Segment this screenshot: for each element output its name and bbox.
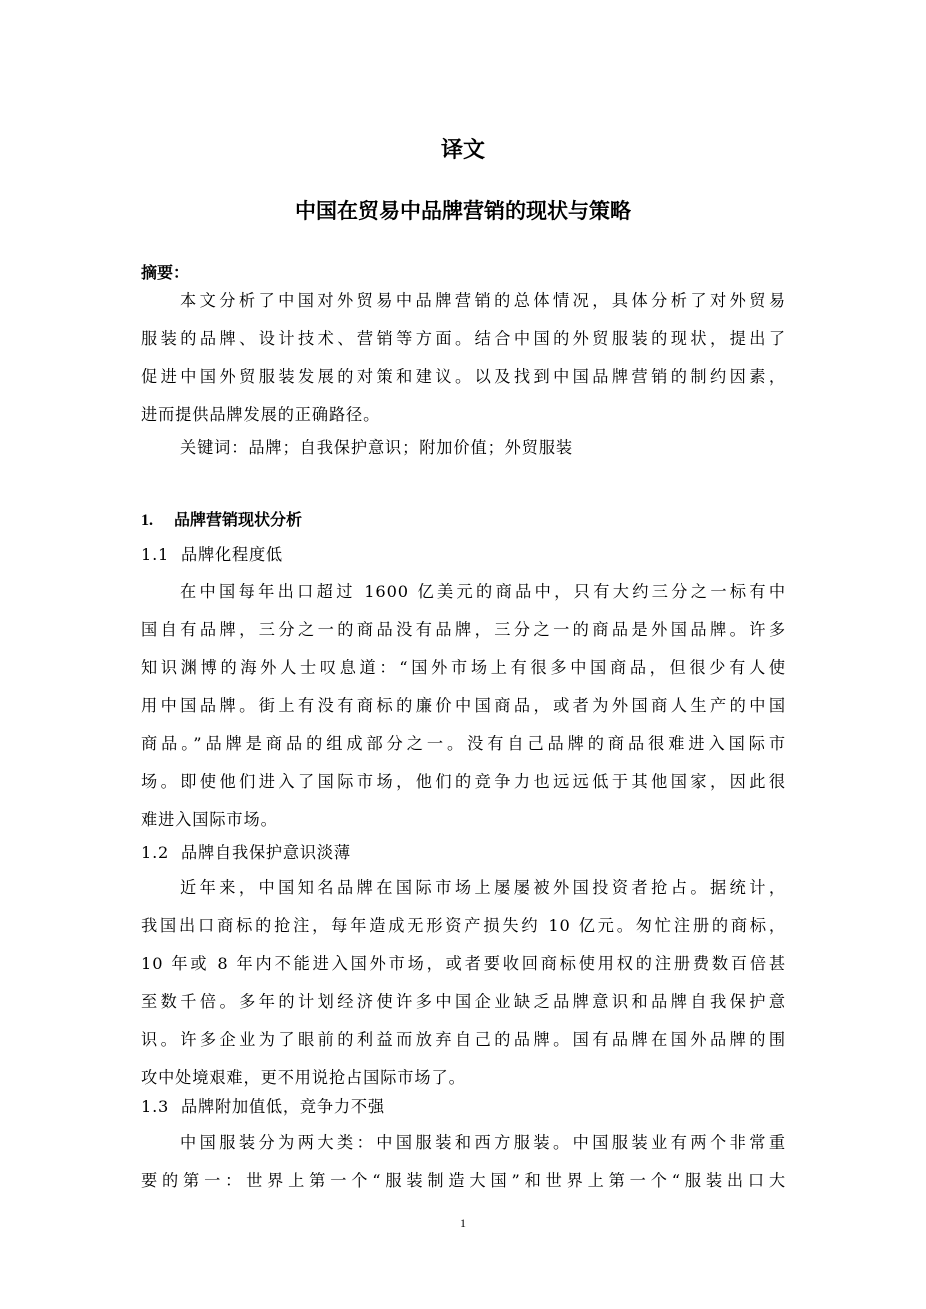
paragraph-line: 至数千倍。多年的计划经济使许多中国企业缺乏品牌意识和品牌自我保护意 — [141, 990, 786, 1014]
abstract-line: 促进中国外贸服装发展的对策和建议。以及找到中国品牌营销的制约因素， — [141, 365, 786, 389]
subsection-heading: 1.1品牌化程度低 — [141, 543, 283, 567]
paragraph-line: 国自有品牌，三分之一的商品没有品牌，三分之一的商品是外国品牌。许多 — [141, 618, 786, 642]
paragraph-line: 在中国每年出口超过 1600 亿美元的商品中，只有大约三分之一标有中 — [180, 580, 786, 604]
document-page: 译文 中国在贸易中品牌营销的现状与策略 摘要： 本文分析了中国对外贸易中品牌营销… — [0, 0, 926, 1309]
paragraph-line: 要的第一：世界上第一个“服装制造大国”和世界上第一个“服装出口大 — [141, 1169, 786, 1193]
subsection-title: 品牌自我保护意识淡薄 — [181, 843, 351, 862]
section-heading: 1.品牌营销现状分析 — [141, 508, 302, 533]
paragraph-line: 难进入国际市场。 — [141, 808, 786, 832]
paragraph-line: 识。许多企业为了眼前的利益而放弃自己的品牌。国有品牌在国外品牌的围 — [141, 1028, 786, 1052]
subsection-title: 品牌附加值低，竞争力不强 — [181, 1097, 385, 1116]
abstract-line: 进而提供品牌发展的正确路径。 — [141, 403, 786, 427]
keywords: 关键词：品牌；自我保护意识；附加价值；外贸服装 — [180, 436, 786, 460]
subsection-title: 品牌化程度低 — [181, 545, 283, 564]
paragraph-line: 商品。”品牌是商品的组成部分之一。没有自己品牌的商品很难进入国际市 — [141, 732, 786, 756]
paragraph-line: 中国服装分为两大类：中国服装和西方服装。中国服装业有两个非常重 — [180, 1131, 786, 1155]
abstract-line: 服装的品牌、设计技术、营销等方面。结合中国的外贸服装的现状，提出了 — [141, 327, 786, 351]
abstract-line: 本文分析了中国对外贸易中品牌营销的总体情况，具体分析了对外贸易 — [180, 289, 786, 313]
paragraph-line: 10 年或 8 年内不能进入国外市场，或者要收回商标使用权的注册费数百倍甚 — [141, 952, 786, 976]
abstract-label: 摘要： — [141, 262, 189, 284]
subsection-heading: 1.3品牌附加值低，竞争力不强 — [141, 1095, 385, 1119]
subsection-number: 1.3 — [141, 1095, 181, 1119]
section-number: 1. — [141, 509, 174, 533]
paragraph-line: 攻中处境艰难，更不用说抢占国际市场了。 — [141, 1066, 786, 1090]
subsection-number: 1.1 — [141, 543, 181, 567]
document-subtitle: 中国在贸易中品牌营销的现状与策略 — [0, 196, 926, 226]
paragraph-line: 我国出口商标的抢注，每年造成无形资产损失约 10 亿元。匆忙注册的商标， — [141, 914, 786, 938]
paragraph-line: 知识渊博的海外人士叹息道：“国外市场上有很多中国商品，但很少有人使 — [141, 656, 786, 680]
section-title: 品牌营销现状分析 — [174, 510, 302, 529]
document-title: 译文 — [0, 136, 926, 166]
subsection-heading: 1.2品牌自我保护意识淡薄 — [141, 841, 351, 865]
paragraph-line: 近年来，中国知名品牌在国际市场上屡屡被外国投资者抢占。据统计， — [180, 876, 786, 900]
paragraph-line: 场。即使他们进入了国际市场，他们的竞争力也远远低于其他国家，因此很 — [141, 770, 786, 794]
page-number: 1 — [0, 1216, 926, 1231]
subsection-number: 1.2 — [141, 841, 181, 865]
paragraph-line: 用中国品牌。街上有没有商标的廉价中国商品，或者为外国商人生产的中国 — [141, 694, 786, 718]
